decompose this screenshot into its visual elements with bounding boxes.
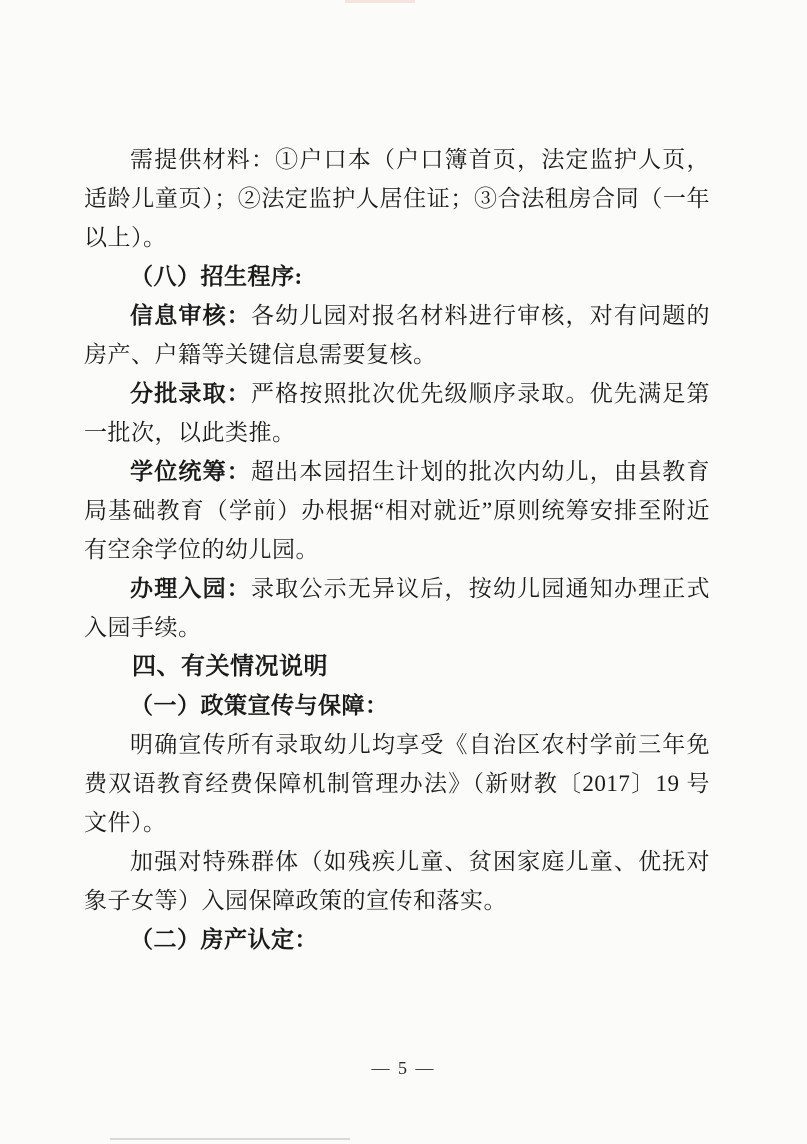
- paragraph-step-seat-coordination: 学位统筹：超出本园招生计划的批次内幼儿，由县教育局基础教育（学前）办根据“相对就…: [84, 452, 710, 569]
- paragraph-step-batch-admission: 分批录取：严格按照批次优先级顺序录取。优先满足第一批次，以此类推。: [84, 374, 710, 452]
- heading-subsection-1-policy-promotion: （一）政策宣传与保障：: [84, 686, 710, 725]
- paragraph-policy-special-groups: 加强对特殊群体（如残疾儿童、贫困家庭儿童、优抚对象子女等）入园保障政策的宣传和落…: [84, 842, 710, 920]
- page-number: — 5 —: [0, 1058, 807, 1079]
- step-label-info-review: 信息审核：: [130, 303, 251, 328]
- step-label-batch-admission: 分批录取：: [130, 381, 251, 406]
- document-body: 需提供材料：①户口本（户口簿首页，法定监护人页，适龄儿童页）；②法定监护人居住证…: [84, 140, 710, 959]
- paragraph-step-info-review: 信息审核：各幼儿园对报名材料进行审核，对有问题的房产、户籍等关键信息需要复核。: [84, 296, 710, 374]
- paragraph-step-enrollment-handling: 办理入园：录取公示无异议后，按幼儿园通知办理正式入园手续。: [84, 569, 710, 647]
- scanned-document-page: 需提供材料：①户口本（户口簿首页，法定监护人页，适龄儿童页）；②法定监护人居住证…: [0, 0, 807, 1144]
- heading-subsection-2-property-verification: （二）房产认定：: [84, 920, 710, 959]
- heading-section-4-explanations: 四、有关情况说明: [84, 647, 710, 686]
- scan-artifact-top: [345, 0, 415, 3]
- step-label-seat-coordination: 学位统筹：: [130, 459, 251, 484]
- heading-section-8-enrollment-procedure: （八）招生程序:: [84, 257, 710, 296]
- paragraph-policy-free-education: 明确宣传所有录取幼儿均享受《自治区农村学前三年免费双语教育经费保障机制管理办法》…: [84, 725, 710, 842]
- paragraph-required-materials: 需提供材料：①户口本（户口簿首页，法定监护人页，适龄儿童页）；②法定监护人居住证…: [84, 140, 710, 257]
- scan-artifact-bottom: [110, 1138, 350, 1140]
- step-label-enrollment-handling: 办理入园：: [130, 576, 251, 601]
